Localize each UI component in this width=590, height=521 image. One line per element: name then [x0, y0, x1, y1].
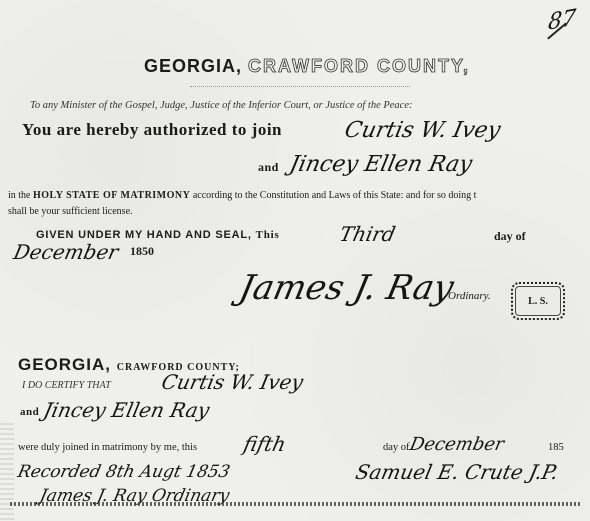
- certificate-day-of-label: day of: [383, 442, 410, 453]
- holy-suffix: according to the Constitution and Laws o…: [193, 190, 477, 201]
- scan-edge-noise: [0, 420, 14, 520]
- recorded-note: Recorded 8th Augt 1853: [16, 462, 232, 482]
- day-of-label: day of: [494, 229, 526, 244]
- certificate-day-handwritten: fifth: [241, 432, 288, 456]
- holy-prefix: in the: [8, 190, 31, 201]
- license-title: GEORGIA, CRAWFORD COUNTY,: [144, 56, 470, 77]
- certificate-year: 185: [548, 442, 564, 453]
- seal-label: L. S.: [528, 296, 548, 307]
- bride-name-handwritten: Jincey Ellen Ray: [287, 152, 474, 177]
- certify-text: I DO CERTIFY THAT: [22, 380, 111, 391]
- this-label: This: [256, 229, 280, 241]
- groom-name-handwritten: Curtis W. Ivey: [342, 118, 502, 143]
- license-line: shall be your sufficient license.: [8, 206, 133, 217]
- and-label: and: [258, 160, 279, 175]
- title-state: GEORGIA,: [144, 56, 242, 76]
- certificate-bride-name: Jincey Ellen Ray: [41, 398, 211, 422]
- certificate-title-state: GEORGIA,: [18, 355, 111, 374]
- authorization-text: You are hereby authorized to join: [22, 120, 282, 140]
- ordinary-signature: James J. Ray: [236, 268, 457, 308]
- seal-box: L. S.: [511, 282, 565, 320]
- license-day-handwritten: Third: [337, 222, 397, 246]
- holy-caps: HOLY STATE OF MATRIMONY: [33, 190, 190, 201]
- page-number: 87: [547, 5, 577, 36]
- license-year: 1850: [130, 244, 154, 259]
- certificate-month-handwritten: December: [408, 434, 506, 455]
- minister-signature: Samuel E. Crute J.P.: [353, 460, 560, 484]
- addressee-line: To any Minister of the Gospel, Judge, Ju…: [30, 100, 413, 111]
- ordinary-label: Ordinary.: [448, 290, 491, 302]
- decorative-border-rule: [10, 502, 582, 506]
- certificate-and-label: and: [20, 406, 39, 418]
- title-county: CRAWFORD COUNTY,: [248, 56, 470, 76]
- title-dotted-rule: [190, 86, 410, 87]
- certificate-groom-name: Curtis W. Ivey: [159, 370, 305, 394]
- joined-text: were duly joined in matrimony by me, thi…: [18, 442, 197, 453]
- license-month-handwritten: December: [11, 240, 120, 264]
- marriage-license-document: 87 GEORGIA, CRAWFORD COUNTY, To any Mini…: [0, 0, 590, 521]
- holy-matrimony-line: in the HOLY STATE OF MATRIMONY according…: [8, 190, 476, 201]
